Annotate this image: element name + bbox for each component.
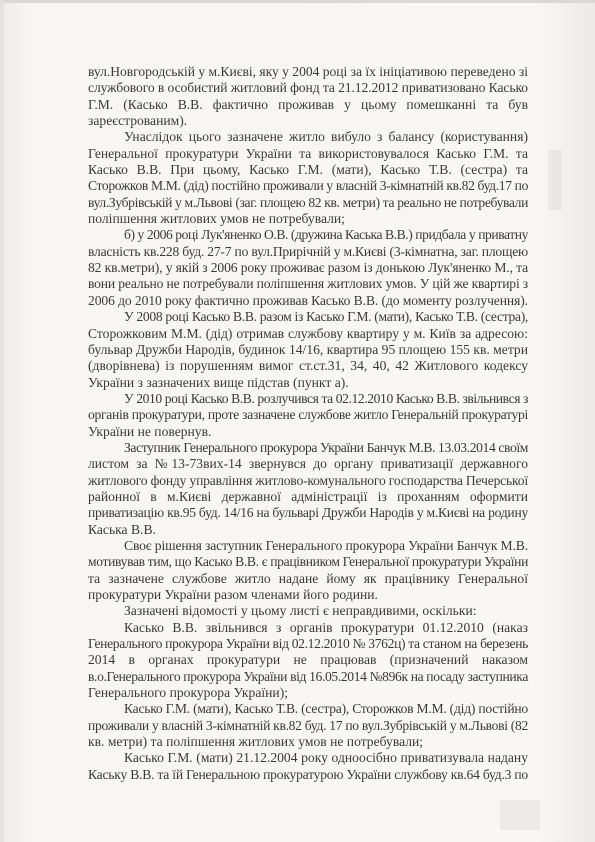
text-line: та зазначене службове житло надане йому … <box>88 571 528 587</box>
text-line: приватизацію кв.95 буд. 14/16 на бульвар… <box>88 505 528 521</box>
text-line: Каська В.В. <box>88 522 528 538</box>
text-line: 82 кв.метри), у якій з 2006 року прожива… <box>88 260 528 276</box>
text-line: житлового фонду управління житлово-комун… <box>88 473 528 489</box>
text-line: Касько Г.М. (мати), Касько Т.В. (сестра)… <box>88 701 528 717</box>
text-line: 2006 до 2010 року фактично проживав Кась… <box>88 293 528 309</box>
text-line: Сторожковим М.М. (дід) отримав службову … <box>88 326 528 342</box>
text-line: Генерального прокурора України від 02.12… <box>88 636 528 652</box>
text-line: вул.Новгородській у м.Києві, яку у 2004 … <box>88 64 528 80</box>
text-line: України з зазначених вище підстав (пункт… <box>88 375 528 391</box>
text-line: вони реально не потребували поліпшення ж… <box>88 276 528 292</box>
text-line: Генерального прокурора України); <box>88 685 528 701</box>
text-line: кв. метри) та поліпшення житлових умов н… <box>88 734 528 750</box>
text-line: Г.М. (Касько В.В. фактично проживав у ць… <box>88 97 528 113</box>
text-line: службового в особистий житловий фонд та … <box>88 80 528 96</box>
text-line: органів прокуратури, проте зазначене слу… <box>88 407 528 423</box>
text-line: районної в м.Києві державної адміністрац… <box>88 489 528 505</box>
text-line: зареєстрованим). <box>88 113 528 129</box>
text-line: в.о.Генерального прокурора України від 1… <box>88 669 528 685</box>
text-line: Касько Г.М. (мати) 21.12.2004 року одноо… <box>88 750 528 766</box>
text-line: вул.Зубрівській у м.Львові (заг. площею … <box>88 195 528 211</box>
text-line: мотивував тим, що Касько В.В. є працівни… <box>88 554 528 570</box>
text-line: У 2010 році Касько В.В. розлучився та 02… <box>88 391 528 407</box>
scanned-page: вул.Новгородській у м.Києві, яку у 2004 … <box>0 0 595 842</box>
text-line: Унаслідок цього зазначене житло вибуло з… <box>88 129 528 145</box>
document-body: вул.Новгородській у м.Києві, яку у 2004 … <box>88 64 528 783</box>
scan-smudge <box>500 800 540 830</box>
text-line: Своє рішення заступник Генерального прок… <box>88 538 528 554</box>
text-line: листом за №13-73вих-14 звернувся до орга… <box>88 456 528 472</box>
text-line: Сторожков М.М. (дід) постійно проживали … <box>88 178 528 194</box>
page-edge-left <box>0 0 4 842</box>
scan-smudge <box>548 150 562 210</box>
text-line: проживали у власній 3-кімнатній кв.82 бу… <box>88 718 528 734</box>
text-line: бульвар Дружби Народів, будинок 14/16, к… <box>88 342 528 358</box>
text-line: Касько В.В. звільнився з органів прокура… <box>88 620 528 636</box>
text-line: 2014 в органах прокуратури не працював (… <box>88 652 528 668</box>
text-line: поліпшення житлових умов не потребували; <box>88 211 528 227</box>
text-line: (дворівнева) із порушенням вимог ст.ст.3… <box>88 358 528 374</box>
text-line: прокуратури України разом членами його р… <box>88 587 528 603</box>
text-line: Генеральної прокуратури України та викор… <box>88 146 528 162</box>
text-line: Каську В.В. та їй Генеральною прокуратур… <box>88 767 528 783</box>
text-line: Заступник Генерального прокурора України… <box>88 440 528 456</box>
page-edge-top <box>0 0 595 3</box>
text-line: б) у 2006 році Лук'яненко О.В. (дружина … <box>88 227 528 243</box>
text-line: України не повернув. <box>88 424 528 440</box>
text-line: У 2008 році Касько В.В. разом із Касько … <box>88 309 528 325</box>
text-line: власність кв.228 буд. 27-7 по вул.Приріч… <box>88 244 528 260</box>
text-line: Касько В.В. При цьому, Касько Г.М. (мати… <box>88 162 528 178</box>
text-line: Зазначені відомості у цьому листі є непр… <box>88 603 528 619</box>
